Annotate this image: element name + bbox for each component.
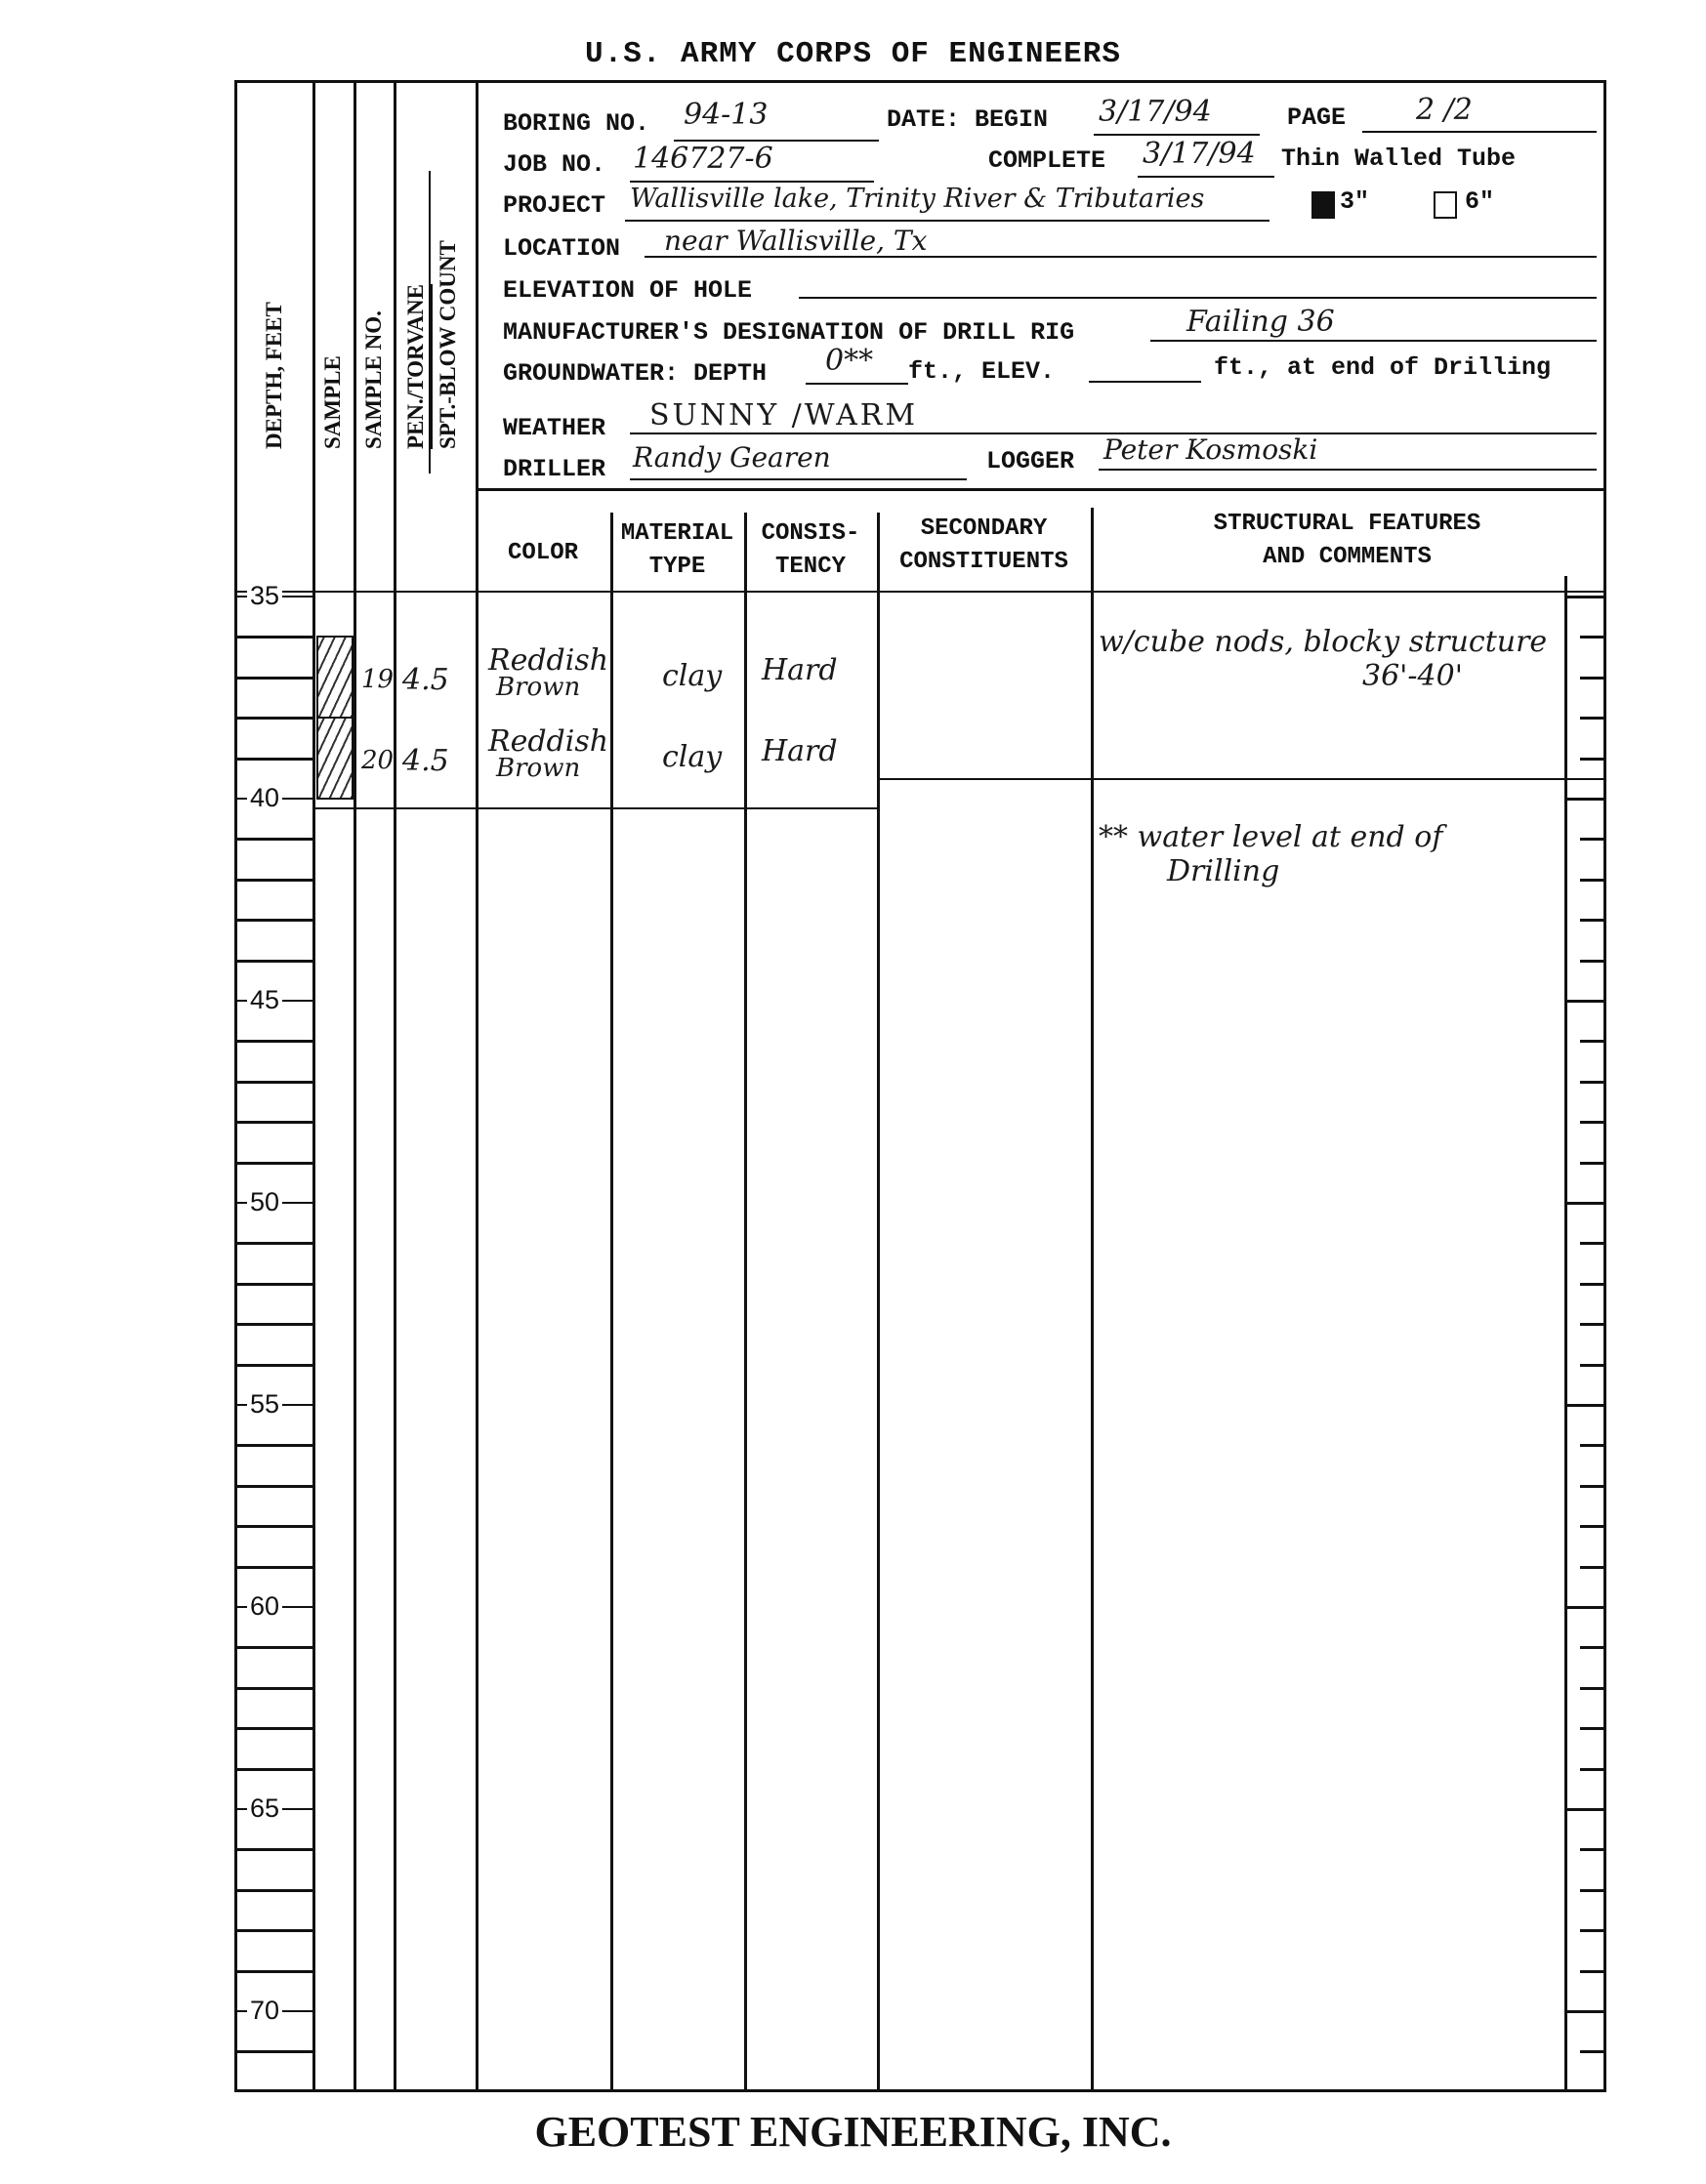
comment-2: ** water level at end of Drilling (1099, 820, 1558, 888)
groundwater-depth-label: GROUNDWATER: DEPTH (503, 359, 767, 388)
right-minor-tick (1580, 919, 1605, 922)
date-complete-label: COMPLETE (988, 146, 1105, 175)
right-minor-tick (1580, 1970, 1605, 1973)
right-minor-tick (1580, 1323, 1605, 1326)
depth-label-35: 35 (247, 582, 282, 609)
sample-no-value: 19 (361, 665, 394, 694)
boring-no-label: BORING NO. (503, 109, 649, 138)
logger-label: LOGGER (986, 447, 1074, 475)
right-minor-tick (1580, 1929, 1605, 1932)
depth-minor-line (234, 1364, 312, 1367)
right-minor-tick (1580, 1768, 1605, 1771)
depth-minor-line (234, 838, 312, 841)
thin-walled-tube-label: Thin Walled Tube (1281, 144, 1516, 173)
depth-minor-line (234, 1485, 312, 1488)
right-minor-tick (1580, 1364, 1605, 1367)
right-minor-tick (1580, 677, 1605, 680)
project-value[interactable]: Wallisville lake, Trinity River & Tribut… (630, 184, 1204, 214)
right-major-line (1564, 1202, 1606, 1205)
depth-label-50: 50 (247, 1188, 282, 1216)
job-no-label: JOB NO. (503, 150, 605, 179)
location-value[interactable]: near Wallisville, Tx (664, 225, 927, 257)
right-minor-tick (1580, 1121, 1605, 1124)
boring-no-value[interactable]: 94-13 (684, 98, 768, 132)
weather-value[interactable]: SUNNY /WARM (649, 398, 918, 433)
depth-feet-header: DEPTH, FEET (262, 302, 287, 449)
depth-minor-line (234, 1566, 312, 1569)
logger-value[interactable]: Peter Kosmoski (1103, 433, 1317, 466)
depth-minor-line (234, 919, 312, 922)
depth-minor-line (234, 1444, 312, 1447)
page-value[interactable]: 2 /2 (1416, 93, 1473, 127)
right-minor-tick (1580, 879, 1605, 882)
right-minor-tick (1580, 758, 1605, 761)
depth-minor-line (234, 1970, 312, 1973)
depth-minor-line (234, 1525, 312, 1528)
right-minor-tick (1580, 1162, 1605, 1165)
depth-minor-line (234, 1162, 312, 1165)
sample-hatch (316, 717, 354, 800)
sample-no-header: SAMPLE NO. (361, 310, 387, 449)
material-type-header: MATERIALTYPE (610, 517, 744, 584)
color-header: COLOR (476, 537, 610, 570)
depth-label-45: 45 (247, 986, 282, 1013)
project-label: PROJECT (503, 191, 605, 220)
location-label: LOCATION (503, 234, 620, 263)
depth-minor-line (234, 1121, 312, 1124)
job-no-value[interactable]: 146727-6 (633, 142, 773, 176)
document-title: U.S. ARMY CORPS OF ENGINEERS (0, 37, 1706, 71)
depth-minor-line (234, 879, 312, 882)
driller-value[interactable]: Randy Gearen (633, 441, 831, 474)
right-minor-tick (1580, 717, 1605, 720)
consistency-value: Hard (762, 653, 838, 687)
depth-label-40: 40 (247, 784, 282, 811)
right-minor-tick (1580, 1040, 1605, 1043)
right-minor-tick (1580, 1727, 1605, 1730)
date-begin-value[interactable]: 3/17/94 (1099, 95, 1212, 129)
color-value-line2: Brown (496, 754, 580, 783)
right-minor-tick (1580, 1081, 1605, 1084)
depth-minor-line (234, 717, 312, 720)
right-minor-tick (1580, 1646, 1605, 1649)
groundwater-ft-elev-label: ft., ELEV. (908, 357, 1055, 386)
material-value: clay (662, 740, 722, 774)
sample-no-value: 20 (361, 746, 394, 775)
sample-header: SAMPLE (320, 355, 346, 449)
right-major-line (1564, 1606, 1606, 1609)
drill-rig-label: MANUFACTURER'S DESIGNATION OF DRILL RIG (503, 318, 1074, 347)
right-minor-tick (1580, 1242, 1605, 1245)
right-minor-tick (1580, 1889, 1605, 1892)
right-minor-tick (1580, 1566, 1605, 1569)
depth-minor-line (234, 1081, 312, 1084)
drill-rig-value[interactable]: Failing 36 (1186, 305, 1335, 339)
tube-3in-label: 3" (1340, 187, 1369, 216)
groundwater-depth-value[interactable]: 0** (825, 344, 873, 378)
consistency-header: CONSIS-TENCY (744, 517, 877, 584)
weather-label: WEATHER (503, 414, 605, 442)
depth-minor-line (234, 1848, 312, 1851)
tube-6in-checkbox[interactable] (1434, 191, 1457, 219)
page-label: PAGE (1287, 103, 1346, 132)
right-major-line (1564, 2010, 1606, 2013)
depth-minor-line (234, 1646, 312, 1649)
depth-minor-line (234, 960, 312, 963)
consistency-value: Hard (762, 734, 838, 768)
tube-3in-checkbox[interactable] (1311, 191, 1335, 219)
depth-label-55: 55 (247, 1390, 282, 1418)
right-minor-tick (1580, 1444, 1605, 1447)
depth-minor-line (234, 1040, 312, 1043)
depth-label-70: 70 (247, 1997, 282, 2024)
depth-minor-line (234, 677, 312, 680)
depth-minor-line (234, 1242, 312, 1245)
right-minor-tick (1580, 1485, 1605, 1488)
depth-minor-line (234, 758, 312, 761)
comment-1: w/cube nods, blocky structure 36'-40' (1099, 625, 1558, 693)
tube-6in-label: 6" (1465, 187, 1494, 216)
sample-hatch (316, 636, 354, 719)
right-major-line (1564, 1000, 1606, 1003)
elevation-label: ELEVATION OF HOLE (503, 276, 752, 305)
depth-label-65: 65 (247, 1794, 282, 1822)
right-minor-tick (1580, 2050, 1605, 2053)
right-major-line (1564, 596, 1606, 598)
right-minor-tick (1580, 1848, 1605, 1851)
structural-features-header: STRUCTURAL FEATURESAND COMMENTS (1091, 508, 1603, 574)
date-complete-value[interactable]: 3/17/94 (1143, 137, 1256, 171)
depth-minor-line (234, 1283, 312, 1286)
depth-minor-line (234, 1929, 312, 1932)
pen-torvane-value: 4.5 (402, 663, 449, 697)
pen-spt-divider (429, 171, 431, 474)
spt-blow-count-header: SPT.-BLOW COUNT (436, 240, 461, 449)
company-footer: GEOTEST ENGINEERING, INC. (0, 2107, 1706, 2157)
sample-end-line (312, 807, 877, 809)
right-major-line (1564, 1808, 1606, 1811)
depth-minor-line (234, 1768, 312, 1771)
depth-minor-line (234, 1323, 312, 1326)
groundwater-end-label: ft., at end of Drilling (1214, 353, 1551, 382)
secondary-constituents-header: SECONDARYCONSTITUENTS (877, 513, 1091, 579)
depth-minor-line (234, 1727, 312, 1730)
right-major-line (1564, 1404, 1606, 1407)
material-value: clay (662, 659, 722, 693)
depth-minor-line (234, 1889, 312, 1892)
depth-minor-line (234, 1687, 312, 1690)
right-minor-tick (1580, 636, 1605, 639)
date-begin-label: DATE: BEGIN (887, 105, 1048, 134)
pen-torvane-value: 4.5 (402, 744, 449, 778)
driller-label: DRILLER (503, 455, 605, 483)
depth-minor-line (234, 636, 312, 639)
right-minor-tick (1580, 1525, 1605, 1528)
depth-minor-line (234, 2050, 312, 2053)
right-minor-tick (1580, 960, 1605, 963)
right-minor-tick (1580, 1687, 1605, 1690)
right-minor-tick (1580, 838, 1605, 841)
right-major-line (1564, 798, 1606, 801)
right-minor-tick (1580, 1283, 1605, 1286)
depth-label-60: 60 (247, 1592, 282, 1620)
color-value-line2: Brown (496, 673, 580, 702)
